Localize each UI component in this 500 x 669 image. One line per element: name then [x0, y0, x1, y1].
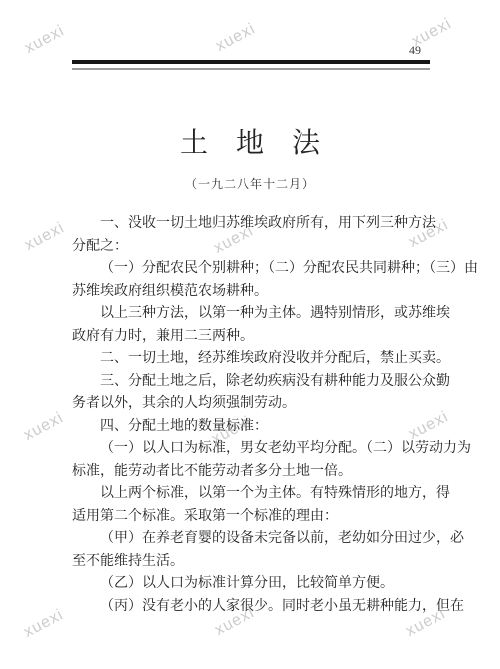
body-line: （甲）在养老育婴的设备未完备以前，老幼如分田过少，必 — [72, 528, 430, 551]
page-number: 49 — [409, 43, 421, 58]
watermark-text: xuexi — [22, 219, 68, 255]
watermark-text: xuexi — [21, 606, 67, 642]
document-page: xuexixuexixuexixuexixuexixuexixuexixuexi… — [0, 0, 500, 669]
body-line: 一、没收一切土地归苏维埃政府所有，用下列三种方法 — [72, 213, 430, 236]
watermark-text: xuexi — [21, 409, 67, 445]
body-line: （丙）没有老小的人家很少。同时老小虽无耕种能力，但在 — [72, 596, 430, 619]
body-line: 苏维埃政府组织模范农场耕种。 — [72, 281, 430, 304]
document-body: 一、没收一切土地归苏维埃政府所有，用下列三种方法分配之：（一）分配农民个别耕种；… — [72, 213, 430, 618]
body-line: 适用第二个标准。采取第一个标准的理由： — [72, 506, 430, 529]
header-rule-thin — [72, 68, 430, 70]
document-title: 土 地 法 — [0, 127, 500, 161]
body-line: 至不能维持生活。 — [72, 551, 430, 574]
body-line: 以上两个标准，以第一个为主体。有特殊情形的地方，得 — [72, 483, 430, 506]
body-line: 四、分配土地的数量标准： — [72, 416, 430, 439]
body-line: （一）以人口为标准，男女老幼平均分配。（二）以劳动力为 — [72, 438, 430, 461]
body-line: （乙）以人口为标准计算分田，比较简单方便。 — [72, 573, 430, 596]
header-rule-thick — [72, 60, 430, 64]
body-line: 二、一切土地，经苏维埃政府没收并分配后，禁止买卖。 — [72, 348, 430, 371]
body-line: 务者以外，其余的人均须强制劳动。 — [72, 393, 430, 416]
body-line: 三、分配土地之后，除老幼疾病没有耕种能力及服公众勤 — [72, 371, 430, 394]
watermark-text: xuexi — [213, 20, 259, 56]
document-subtitle: （一九二八年十二月） — [0, 175, 500, 192]
body-line: 以上三种方法，以第一种为主体。遇特别情形，或苏维埃 — [72, 303, 430, 326]
body-line: （一）分配农民个别耕种；（二）分配农民共同耕种；（三）由 — [72, 258, 430, 281]
body-line: 分配之： — [72, 236, 430, 259]
watermark-text: xuexi — [22, 22, 68, 58]
body-line: 标准，能劳动者比不能劳动者多分土地一倍。 — [72, 461, 430, 484]
body-line: 政府有力时，兼用二三两种。 — [72, 326, 430, 349]
